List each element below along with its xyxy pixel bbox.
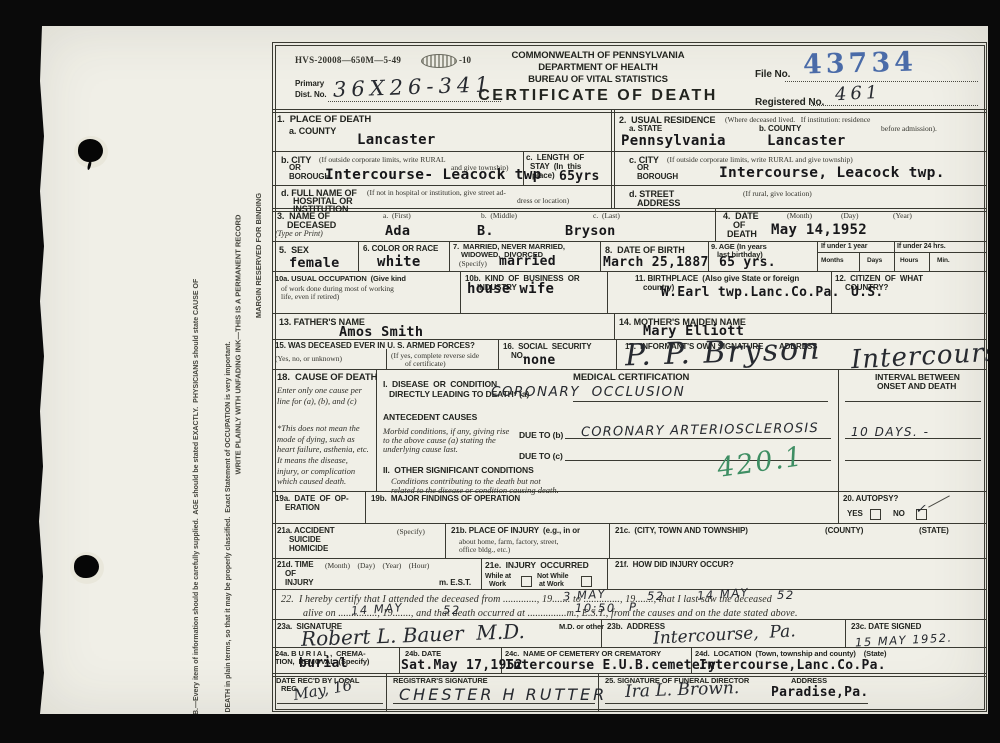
sex-label: 5. SEX	[279, 245, 309, 255]
rule	[386, 349, 387, 369]
autopsy-check-tail	[928, 495, 950, 507]
occupation-label1: 10a. USUAL OCCUPATION (Give kind	[275, 275, 406, 283]
rule	[481, 558, 482, 589]
armed-forces-note1: (Yes, no, or unknown)	[275, 354, 342, 363]
attended-to-year: 52	[777, 588, 795, 602]
cause-of-death-title: 18. CAUSE OF DEATH	[277, 373, 377, 384]
rule	[399, 647, 400, 673]
injury-time-est-label: m. E.S.T.	[439, 579, 471, 588]
race-value: white	[377, 254, 421, 270]
operation-date-label2: ERATION	[285, 504, 320, 513]
hours-label: Hours	[900, 257, 918, 264]
attended-from-year: 52	[647, 589, 665, 603]
while-at-work-label2: Work	[489, 581, 506, 589]
rule	[859, 252, 860, 271]
place-of-death-title: 1. PLACE OF DEATH	[277, 115, 371, 126]
occupation-label3: life, even if retired)	[281, 292, 339, 301]
union-bug-emblem	[421, 54, 457, 68]
rule	[273, 208, 986, 212]
rule	[929, 252, 930, 271]
cause-a-value: CORONARY OCCLUSION	[491, 384, 685, 400]
rule	[616, 339, 617, 369]
injury-place-label3: office bldg., etc.)	[459, 545, 510, 554]
registrar-signature: CHESTER H RUTTER	[399, 685, 607, 704]
rule	[273, 558, 986, 559]
birthplace-value: W.Earl twp.Lanc.Co.Pa.	[661, 285, 840, 300]
date-signed-label: 23c. DATE SIGNED	[851, 623, 921, 632]
under-1yr-label: If under 1 year	[821, 243, 867, 251]
while-at-work-label1: While at	[485, 573, 511, 581]
pod-institution-note1: (If not in hospital or institution, give…	[367, 188, 506, 197]
rule	[273, 491, 986, 492]
rule	[609, 523, 610, 558]
dist-no-label: Dist. No.	[295, 91, 327, 100]
form-number: HVS-20008—650M—5-49	[295, 55, 401, 65]
punch-hole-bottom	[74, 555, 99, 578]
morbid-note3: underlying cause last.	[383, 444, 458, 455]
birth-date-label: 8. DATE OF BIRTH	[605, 245, 685, 255]
armed-forces-note3: of certificate)	[405, 359, 446, 368]
sex-value: female	[289, 255, 340, 271]
dod-day-label: (Day)	[841, 211, 859, 220]
injury-county-label: (COUNTY)	[825, 527, 863, 536]
months-label: Months	[821, 257, 844, 264]
pod-borough-label: BOROUGH	[289, 173, 330, 182]
residence-city-value: Intercourse, Leacock twp.	[719, 165, 945, 181]
name-last-label: c. (Last)	[593, 211, 620, 220]
rule	[460, 271, 461, 313]
injury-state-label: (STATE)	[919, 527, 949, 536]
department-line: DEPARTMENT OF HEALTH	[468, 63, 728, 74]
injury-occurred-label: 21e. INJURY OCCURRED	[485, 561, 589, 571]
name-first-value: Ada	[385, 223, 410, 239]
name-first-label: a. (First)	[383, 211, 411, 220]
injury-time-label3: INJURY	[285, 579, 313, 588]
birth-date-value: March 25,1887	[603, 255, 709, 270]
rule	[358, 241, 359, 271]
pod-county-label: a. COUNTY	[289, 126, 336, 136]
due-to-b-label: DUE TO (b)	[519, 431, 563, 441]
autopsy-label: 20. AUTOPSY?	[843, 495, 898, 504]
death-time-ampm: P	[629, 600, 637, 614]
name-middle-value: B.	[477, 223, 494, 239]
rule	[785, 81, 978, 82]
other-conditions-label: II. OTHER SIGNIFICANT CONDITIONS	[383, 466, 534, 476]
death-time-value: 10:50	[575, 601, 616, 615]
date-of-death-value: May 14,1952	[771, 222, 867, 238]
date-of-death-label3: DEATH	[727, 229, 757, 239]
margin-note-nb-line2: DEATH in plain terms, so that it may be …	[224, 330, 235, 724]
bureau-line: BUREAU OF VITAL STATISTICS	[468, 75, 728, 86]
antecedent-label: ANTECEDENT CAUSES	[383, 413, 477, 423]
medical-certification-title: MEDICAL CERTIFICATION	[573, 373, 689, 384]
margin-note-write-plainly: WRITE PLAINLY WITH UNFADING INK—THIS IS …	[234, 223, 243, 475]
while-at-work-checkbox	[521, 576, 532, 587]
rule	[838, 491, 839, 523]
rule	[611, 109, 615, 208]
residence-title-note2: before admission).	[881, 124, 937, 133]
rule	[273, 523, 986, 524]
primary-label: Primary	[295, 80, 324, 89]
file-no-stamp: 43734	[803, 47, 918, 81]
registered-no-label: Registered No.	[755, 97, 824, 108]
autopsy-no-label: NO	[893, 510, 905, 519]
rule	[845, 460, 981, 461]
father-name-value: Amos Smith	[339, 324, 423, 340]
days-label: Days	[867, 257, 882, 264]
rule	[607, 558, 608, 589]
dod-month-label: (Month)	[787, 211, 812, 220]
rule	[817, 252, 986, 253]
ssn-value: none	[523, 353, 556, 368]
cause-side-note1: Enter only one cause per line for (a), (…	[277, 385, 371, 406]
not-while-checkbox	[581, 576, 592, 587]
rule	[273, 271, 986, 272]
interval-label2: ONSET AND DEATH	[877, 382, 956, 392]
accident-label3: HOMICIDE	[289, 545, 328, 554]
rule	[273, 151, 986, 152]
pod-county-value: Lancaster	[357, 132, 436, 148]
injury-city-label: 21c. (CITY, TOWN AND TOWNSHIP)	[615, 527, 748, 536]
not-while-label1: Not While	[537, 573, 568, 581]
cemetery-location-value: Intercourse,Lanc.Co.Pa.	[699, 658, 886, 673]
death-certificate-scan: N. B.—Every item of information should b…	[36, 26, 988, 714]
race-label: 6. COLOR OR RACE	[363, 245, 438, 254]
pod-city-note: (If outside corporate limits, write RURA…	[319, 155, 446, 164]
residence-city-note: (If outside corporate limits, write RURA…	[667, 155, 853, 164]
residence-borough-label: BOROUGH	[637, 173, 678, 182]
rule	[273, 241, 986, 242]
rule	[273, 109, 986, 113]
name-label3: (Type or Print)	[275, 229, 323, 239]
cemetery-value: Intercourse E.U.B.cemetery	[505, 658, 716, 673]
autopsy-no-checkmark: ✓	[915, 502, 926, 517]
punch-hole-top	[78, 139, 103, 162]
under-24hr-label: If under 24 hrs.	[897, 243, 946, 251]
rule	[605, 703, 868, 704]
rule	[715, 208, 716, 241]
rule	[277, 703, 383, 704]
rule	[573, 401, 828, 402]
funeral-address-value: Paradise,Pa.	[771, 685, 869, 700]
rule	[449, 241, 450, 271]
rule	[607, 271, 608, 313]
name-last-value: Bryson	[565, 223, 616, 239]
how-injury-label: 21f. HOW DID INJURY OCCUR?	[615, 561, 734, 570]
rule	[273, 589, 986, 590]
rule	[386, 673, 387, 711]
interval-b-value: 10 DAYS. -	[851, 425, 929, 439]
burial-value: burial	[299, 656, 348, 671]
industry-value: house wife	[467, 281, 554, 297]
rule	[376, 369, 377, 491]
cause-side-note2: *This does not mean the mode of dying, s…	[277, 423, 371, 487]
not-while-label2: at Work	[539, 581, 564, 589]
pod-institution-note2: dress or location)	[517, 196, 569, 205]
armed-forces-label: 15. WAS DECEASED EVER IN U. S. ARMED FOR…	[275, 342, 475, 351]
autopsy-yes-label: YES	[847, 510, 863, 519]
margin-note-binding: MARGIN RESERVED FOR BINDING	[254, 192, 263, 319]
age-value: 65 yrs.	[719, 255, 776, 270]
injury-place-label1: 21b. PLACE OF INJURY (e.g., in or	[451, 527, 580, 536]
residence-county-value: Lancaster	[767, 133, 846, 149]
file-no-label: File No.	[755, 69, 790, 80]
margin-note-nb-line1: N. B.—Every item of information should b…	[192, 330, 203, 724]
rule	[845, 401, 981, 402]
min-label: Min.	[937, 257, 950, 264]
residence-street-note: (If rural, give location)	[743, 189, 812, 198]
md-or-other-label: M.D. or other	[559, 623, 604, 631]
accident-specify-label: (Specify)	[397, 527, 425, 536]
residence-title-note: (Where deceased lived. If institution: r…	[725, 115, 870, 124]
marital-label3: (Specify)	[459, 259, 487, 268]
autopsy-yes-checkbox	[870, 509, 881, 520]
due-to-c-label: DUE TO (c)	[519, 452, 563, 462]
citizen-value: U.S.	[851, 285, 884, 300]
registered-no-value: 461	[834, 82, 881, 105]
residence-state-value: Pennsylvania	[621, 133, 726, 149]
rule	[600, 241, 601, 271]
rule	[614, 313, 615, 339]
rule	[817, 241, 818, 271]
injury-time-cols: (Month) (Day) (Year) (Hour)	[325, 561, 429, 570]
rule	[273, 185, 986, 186]
rule	[365, 491, 366, 523]
rule	[894, 241, 895, 271]
dod-year-label: (Year)	[893, 211, 912, 220]
cause-code-annotation: 420.1	[715, 441, 806, 484]
operation-findings-label: 19b. MAJOR FINDINGS OF OPERATION	[371, 495, 520, 504]
rule	[838, 369, 839, 491]
pod-city-value: Intercourse- Leacock twp	[325, 167, 542, 183]
rule	[498, 339, 499, 369]
commonwealth-line: COMMONWEALTH OF PENNSYLVANIA	[468, 51, 728, 62]
informant-signature: P. P. Bryson	[624, 332, 822, 374]
name-middle-label: b. (Middle)	[481, 211, 517, 220]
marital-value: married	[499, 254, 556, 269]
rule	[845, 619, 846, 647]
rule	[445, 523, 446, 558]
physician-address-value: Intercourse, Pa.	[653, 621, 797, 648]
funeral-director-signature: Ira L. Brown.	[625, 678, 740, 702]
rule	[273, 313, 986, 314]
last-alive-year: 52	[443, 603, 461, 617]
certificate-form: HVS-20008—650M—5-49 -10 Primary Dist. No…	[272, 42, 987, 712]
pod-stay-value: 65yrs	[559, 169, 600, 184]
residence-street-label2: ADDRESS	[637, 198, 680, 208]
